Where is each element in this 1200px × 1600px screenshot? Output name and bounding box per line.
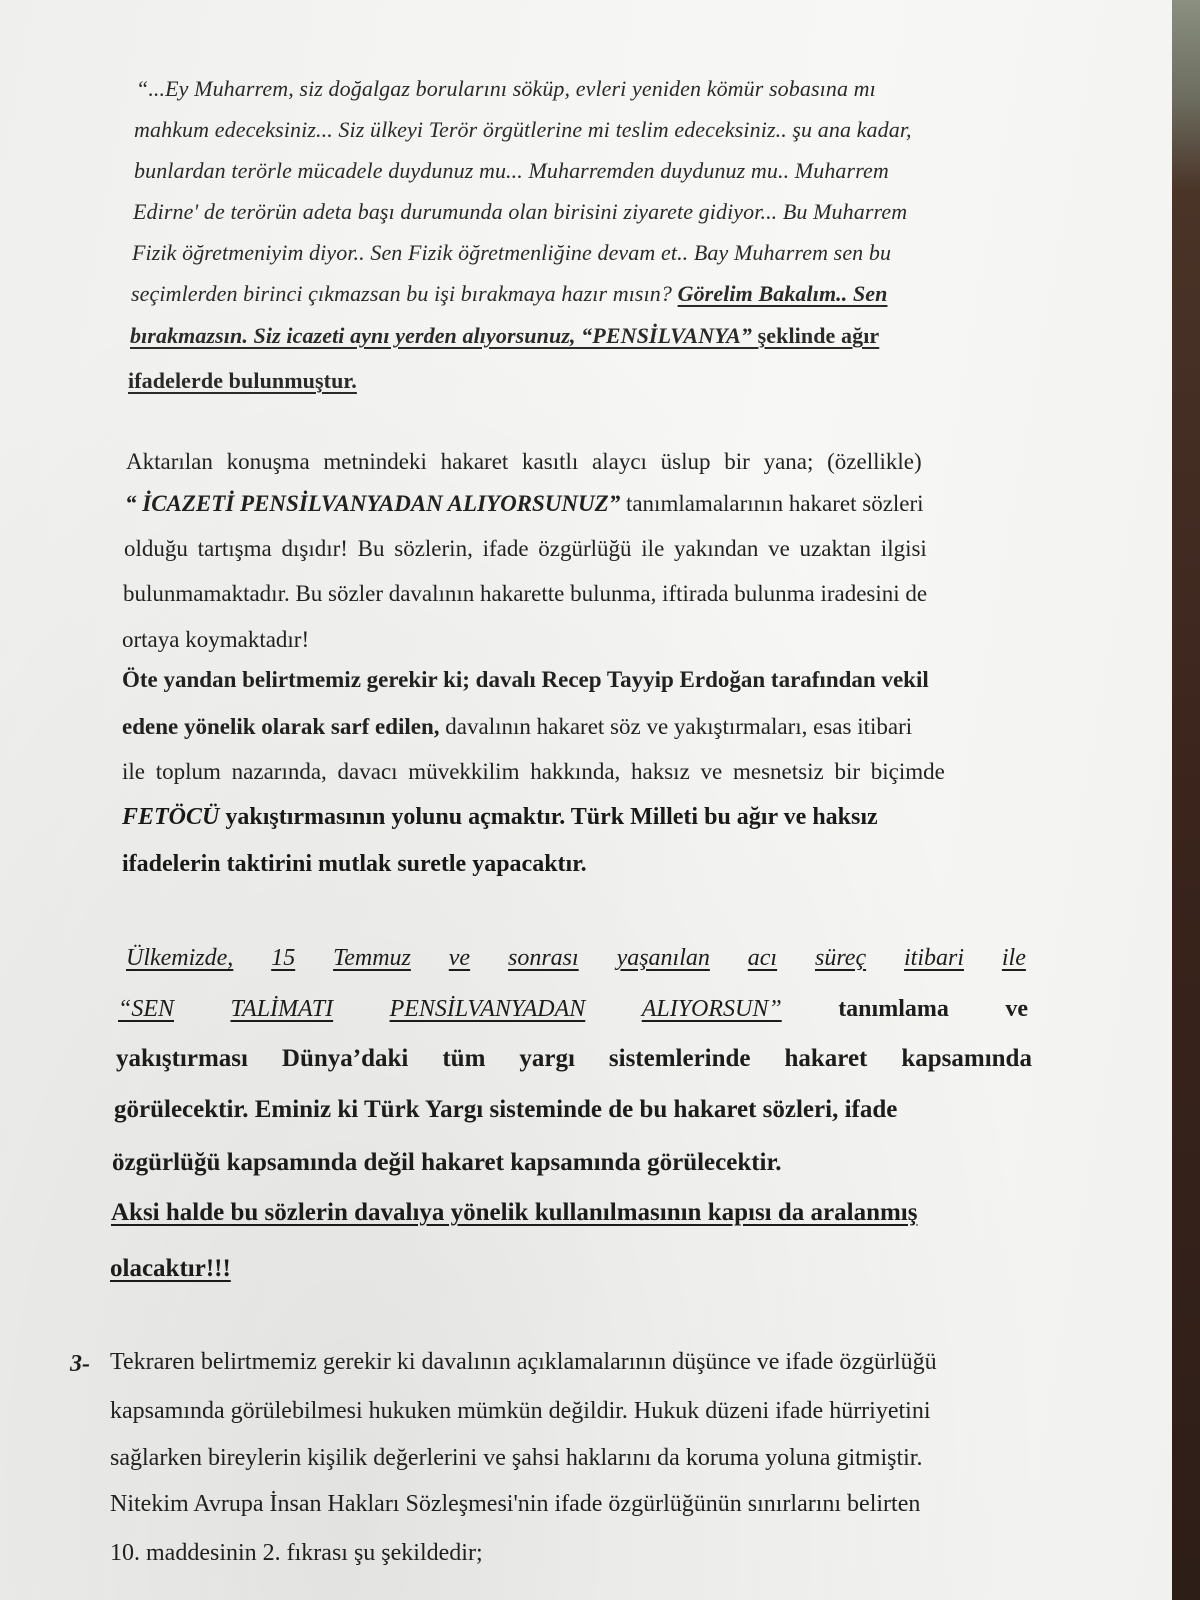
- para4-line-7: olacaktır!!!: [110, 1256, 231, 1281]
- quote-line-2: mahkum edeceksiniz... Siz ülkeyi Terör ö…: [134, 119, 1000, 141]
- quote-line-1: “...Ey Muharrem, siz doğalgaz borularını…: [136, 78, 998, 100]
- quote-line-7: bırakmazsın. Siz icazeti aynı yerden alı…: [130, 325, 879, 347]
- para4-line-2-word: ve: [1005, 997, 1028, 1021]
- para4-line-1: Ülkemizde,15Temmuzvesonrasıyaşanılanacıs…: [126, 946, 1026, 970]
- para4-line-3: yakıştırmasıDünya’dakitümyargısistemleri…: [116, 1046, 1032, 1071]
- quote-line-8: ifadelerde bulunmuştur.: [128, 370, 357, 392]
- para4-line-1-word: Ülkemizde,: [126, 946, 233, 970]
- para4-line-1-word: Temmuz: [333, 946, 411, 970]
- document-page: “...Ey Muharrem, siz doğalgaz borularını…: [0, 0, 1172, 1600]
- para4-line-1-word: yaşanılan: [617, 946, 710, 970]
- para4-line-3-word: sistemlerinde: [609, 1046, 751, 1071]
- para3-line-5: ifadelerin taktirini mutlak suretle yapa…: [122, 852, 587, 876]
- quote-line-6: seçimlerden birinci çıkmazsan bu işi bır…: [131, 283, 888, 305]
- para4-line-2-emphasis-word: TALİMATI: [230, 997, 333, 1021]
- para3-line-1: Öte yandan belirtmemiz gerekir ki; daval…: [122, 668, 929, 691]
- para4-line-2-emphasis-word: PENSİLVANYADAN: [390, 997, 586, 1021]
- para4-line-1-word: sonrası: [508, 946, 579, 970]
- quote-line-5: Fizik öğretmeniyim diyor.. Sen Fizik öğr…: [132, 242, 1002, 264]
- para3-line-2: edene yönelik olarak sarf edilen, davalı…: [122, 715, 912, 738]
- para3-line-2-bold: edene yönelik olarak sarf edilen,: [122, 714, 440, 739]
- quote-line-7-italic-underlined: bırakmazsın. Siz icazeti aynı yerden alı…: [130, 323, 752, 348]
- para2-line-5: ortaya koymaktadır!: [122, 628, 309, 651]
- para3-line-4: FETÖCÜ yakıştırmasının yolunu açmaktır. …: [122, 805, 878, 829]
- para3-line-3: ile toplum nazarında, davacı müvekkilim …: [122, 760, 945, 783]
- para4-line-2-emphasis-word: “SEN: [118, 997, 174, 1021]
- para4-line-3-word: kapsamında: [901, 1046, 1032, 1071]
- item-3-number: 3-: [70, 1352, 90, 1376]
- para4-line-3-word: yargı: [519, 1046, 575, 1071]
- para4-line-3-word: Dünya’daki: [282, 1046, 408, 1071]
- para4-line-1-word: ile: [1002, 946, 1026, 970]
- para4-line-1-word: süreç: [815, 946, 866, 970]
- item-3-line-1: Tekraren belirtmemiz gerekir ki davalını…: [110, 1350, 937, 1374]
- item-3-line-3: sağlarken bireylerin kişilik değerlerini…: [110, 1446, 922, 1470]
- para4-line-1-word: acı: [748, 946, 777, 970]
- para3-line-4-bold: yakıştırmasının yolunu açmaktır. Türk Mi…: [219, 804, 877, 830]
- para2-line-3: olduğu tartışma dışıdır! Bu sözlerin, if…: [124, 537, 927, 560]
- para4-line-2: “SENTALİMATIPENSİLVANYADANALIYORSUN”tanı…: [118, 997, 1028, 1021]
- para4-line-3-word: yakıştırması: [116, 1046, 248, 1071]
- para2-line-2: “ İCAZETİ PENSİLVANYADAN ALIYORSUNUZ” ta…: [125, 492, 924, 515]
- para4-line-3-word: hakaret: [785, 1046, 868, 1071]
- item-3-line-2: kapsamında görülebilmesi hukuken mümkün …: [110, 1399, 931, 1423]
- para4-line-6: Aksi halde bu sözlerin davalıya yönelik …: [111, 1200, 917, 1225]
- para4-line-3-word: tüm: [442, 1046, 485, 1071]
- para2-line-1: Aktarılan konuşma metnindeki hakaret kas…: [126, 450, 922, 473]
- item-3-line-4: Nitekim Avrupa İnsan Hakları Sözleşmesi'…: [110, 1492, 920, 1516]
- para2-line-4: bulunmamaktadır. Bu sözler davalının hak…: [123, 582, 927, 605]
- para2-line-2-emphasis: “ İCAZETİ PENSİLVANYADAN ALIYORSUNUZ”: [125, 491, 620, 516]
- quote-line-4: Edirne' de terörün adeta başı durumunda …: [133, 201, 1001, 223]
- para3-line-2-rest: davalının hakaret söz ve yakıştırmaları,…: [440, 714, 913, 739]
- para4-line-1-word: ve: [449, 946, 470, 970]
- para3-line-4-emphasis: FETÖCÜ: [122, 804, 219, 830]
- item-3-line-5: 10. maddesinin 2. fıkrası şu şekildedir;: [110, 1541, 483, 1565]
- quote-line-6-plain: seçimlerden birinci çıkmazsan bu işi bır…: [131, 281, 678, 306]
- para4-line-1-word: itibari: [904, 946, 964, 970]
- para2-line-2-rest: tanımlamalarının hakaret sözleri: [620, 491, 923, 516]
- quote-line-3: bunlardan terörle mücadele duydunuz mu..…: [134, 160, 1000, 182]
- para4-line-2-word: tanımlama: [838, 997, 949, 1021]
- para4-line-4: görülecektir. Eminiz ki Türk Yargı siste…: [114, 1097, 897, 1122]
- quote-line-7-bold-underlined: şeklinde ağır: [752, 323, 879, 348]
- para4-line-2-emphasis-word: ALIYORSUN”: [642, 997, 782, 1021]
- para4-line-1-word: 15: [271, 946, 295, 970]
- para4-line-5: özgürlüğü kapsamında değil hakaret kapsa…: [112, 1150, 782, 1175]
- quote-line-6-emphasis: Görelim Bakalım.. Sen: [678, 281, 888, 306]
